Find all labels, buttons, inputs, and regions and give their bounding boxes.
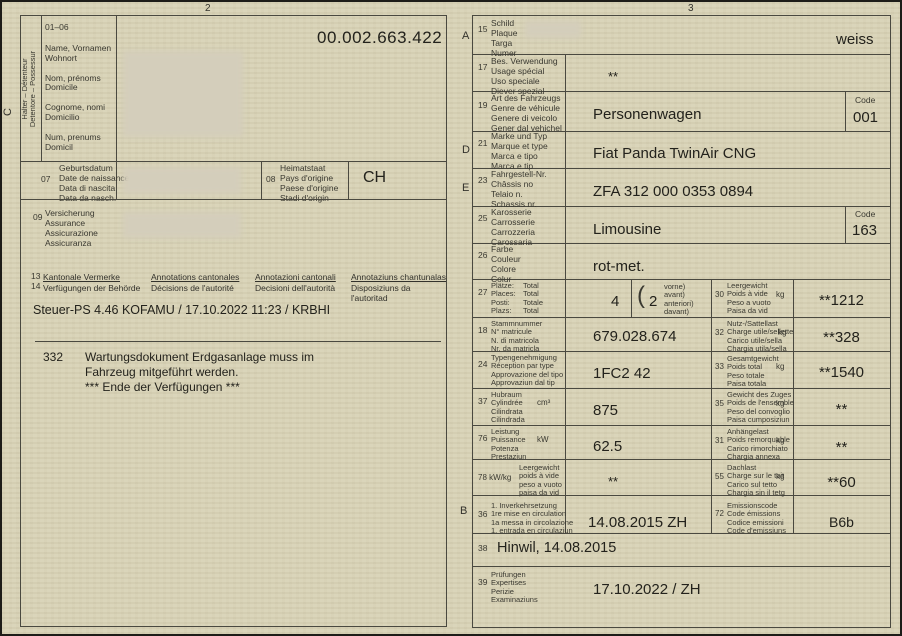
seats-paren: (	[637, 282, 645, 310]
insurance-field-number: 09	[33, 212, 42, 222]
inspection-field-number: 39	[478, 577, 487, 587]
tax-remark-line: Steuer-PS 4.46 KOFAMU / 17.10.2022 11:23…	[33, 303, 330, 317]
plate-field-number: 15	[478, 24, 487, 34]
type-approval-value: 1FC2 42	[593, 365, 651, 382]
remarks-header-rm-title: Annotaziuns chantunalas	[351, 272, 446, 283]
divider	[473, 425, 890, 426]
section-letter-c: C	[2, 108, 14, 116]
vehicle-registration-document: 2 3 C Halter – Détenteur Detentore – Pos…	[0, 0, 902, 636]
left-page-number: 2	[205, 3, 211, 14]
total-weight-field-number: 33	[715, 362, 724, 371]
remarks-header-rm: Annotaziuns chantunalas Disposiziuns da …	[351, 272, 446, 304]
section-letter-a: A	[462, 30, 469, 42]
chassis-labels: Fahrgestell-Nr. Châssis no Telaio n. Sch…	[491, 170, 547, 209]
body-code-label: Code	[855, 209, 875, 219]
vehicle-type-code-value: 001	[853, 109, 878, 126]
divider	[261, 161, 262, 199]
emission-code-value: B6b	[793, 514, 890, 530]
body-value: Limousine	[593, 221, 661, 238]
type-approval-field-number: 24	[478, 359, 487, 369]
divider	[711, 279, 712, 533]
payload-field-number: 32	[715, 328, 724, 337]
first-registration-field-number: 36	[478, 509, 487, 519]
remarks-header-fr: Annotations cantonales Décisions de l'au…	[151, 272, 239, 293]
displacement-unit: cm³	[537, 398, 550, 407]
document-number: 00.002.663.422	[317, 28, 442, 48]
type-approval-labels: Typengenehmigung Réception par type Appr…	[491, 354, 563, 388]
section-letter-e: E	[462, 182, 469, 194]
special-use-field-number: 17	[478, 62, 487, 72]
make-value: Fiat Panda TwinAir CNG	[593, 145, 756, 162]
color-field-number: 26	[478, 250, 487, 260]
roof-load-field-number: 55	[715, 472, 724, 481]
divider	[473, 459, 890, 460]
remarks-header-de-sub: Verfügungen der Behörde	[43, 283, 140, 294]
divider	[348, 161, 349, 199]
empty-weight-value: **1212	[793, 292, 890, 309]
train-weight-value: **	[793, 401, 890, 418]
issue-value: Hinwil, 14.08.2015	[497, 540, 616, 556]
redacted-plate-number	[525, 21, 581, 38]
seats-total-labels: Total Total Totale Total	[523, 282, 543, 316]
roof-load-unit: kg	[776, 472, 784, 481]
color-labels: Farbe Couleur Colore Colur	[491, 245, 521, 284]
train-weight-field-number: 35	[715, 399, 724, 408]
vehicle-type-field-number: 19	[478, 100, 487, 110]
holder-strip: Halter – Détenteur Detentore – Possessur	[21, 16, 42, 161]
section-letter-b: B	[460, 505, 467, 517]
emission-code-labels: Emissionscode Code émissions Codice emis…	[727, 502, 786, 536]
remarks-header-it-sub: Decisioni dell'autorità	[255, 283, 336, 294]
divider	[631, 279, 632, 317]
inspection-value: 17.10.2022 / ZH	[593, 581, 701, 598]
decree-number: 332	[43, 350, 63, 364]
divider	[473, 566, 890, 567]
vehicle-type-code-label: Code	[855, 95, 875, 105]
divider	[473, 54, 890, 55]
tow-weight-unit: kg	[776, 436, 784, 445]
remarks-header-fr-title: Annotations cantonales	[151, 272, 239, 283]
field-range-label: 01–06	[45, 22, 69, 32]
remarks-header-fr-sub: Décisions de l'autorité	[151, 283, 239, 294]
displacement-field-number: 37	[478, 396, 487, 406]
divider	[473, 279, 890, 280]
holder-field-labels: Name, Vornamen Wohnort Nom, prénoms Domi…	[45, 44, 111, 152]
power-weight-value: **	[608, 474, 618, 489]
special-use-labels: Bes. Verwendung Usage spécial Uso specia…	[491, 57, 558, 96]
divider	[845, 91, 846, 131]
roof-load-value: **60	[793, 474, 890, 491]
make-labels: Marke und Typ Marque et type Marca e tip…	[491, 132, 548, 171]
divider	[565, 54, 566, 533]
empty-weight-field-number: 30	[715, 290, 724, 299]
total-weight-unit: kg	[776, 362, 784, 371]
power-weight-field-number: 78 kW/kg	[478, 473, 511, 482]
payload-value: **328	[793, 329, 890, 346]
color-value: rot-met.	[593, 258, 645, 275]
make-field-number: 21	[478, 138, 487, 148]
inspection-labels: Prüfungen Expertises Perizie Examinaziun…	[491, 571, 538, 605]
seats-front-value: 2	[649, 293, 657, 310]
total-weight-labels: Gesamtgewicht Poids total Peso totale Pa…	[727, 355, 779, 389]
remarks-header-de: Kantonale Vermerke Verfügungen der Behör…	[43, 272, 140, 293]
body-field-number: 25	[478, 213, 487, 223]
seats-front-labels: vorne) avant) anteriori) davant)	[664, 283, 694, 317]
divider	[35, 341, 441, 342]
redacted-birthdate	[123, 167, 241, 194]
tow-weight-value: **	[793, 439, 890, 456]
seats-labels: Plätze: Places: Posti: Plazs:	[491, 282, 516, 316]
plate-labels: Schild Plaque Targa Numer	[491, 19, 517, 58]
right-page-number: 3	[688, 3, 694, 14]
chassis-value: ZFA 312 000 0353 0894	[593, 183, 753, 200]
power-weight-labels: Leergewicht poids à vide peso a vuoto pa…	[519, 464, 562, 498]
remarks-header-rm-sub: Disposiziuns da l'autoritad	[351, 283, 446, 304]
total-weight-value: **1540	[793, 364, 890, 381]
vehicle-type-value: Personenwagen	[593, 106, 701, 123]
divider	[473, 243, 890, 244]
empty-weight-unit: kg	[776, 290, 784, 299]
serial-value: 679.028.674	[593, 328, 676, 345]
divider	[845, 206, 846, 243]
displacement-value: 875	[593, 402, 618, 419]
empty-weight-labels: Leergewicht Poids à vide Peso a vuoto Pa…	[727, 282, 771, 316]
plate-color-value: weiss	[836, 31, 874, 48]
remarks-header-it: Annotazioni cantonali Decisioni dell'aut…	[255, 272, 336, 293]
origin-value: CH	[363, 169, 386, 187]
remarks-header-de-title: Kantonale Vermerke	[43, 272, 140, 283]
special-use-value: **	[608, 69, 618, 84]
chassis-field-number: 23	[478, 175, 487, 185]
section-letter-d: D	[462, 144, 470, 156]
holder-strip-line2: Detentore – Possessur	[29, 18, 37, 160]
serial-field-number: 18	[478, 325, 487, 335]
divider	[21, 161, 446, 162]
insurance-labels: Versicherung Assurance Assicurazione Ass…	[45, 209, 98, 248]
power-field-number: 76	[478, 433, 487, 443]
divider	[473, 317, 890, 318]
emission-code-field-number: 72	[715, 509, 724, 518]
first-registration-labels: 1. Inverkehrsetzung 1re mise en circulat…	[491, 502, 573, 536]
divider	[473, 388, 890, 389]
displacement-labels: Hubraum Cylindrée Cilindrata Cilindrada	[491, 391, 525, 425]
body-labels: Karosserie Carrosserie Carrozzeria Caros…	[491, 208, 535, 247]
left-page: Halter – Détenteur Detentore – Possessur…	[20, 15, 447, 627]
serial-labels: Stammnummer N° matricule N. di matricola…	[491, 320, 542, 354]
redacted-insurance	[123, 212, 241, 238]
train-weight-unit: kg	[776, 399, 784, 408]
first-registration-value: 14.08.2015 ZH	[588, 514, 687, 531]
remarks-field-numbers: 13 14	[31, 272, 40, 292]
seats-total-value: 4	[611, 293, 619, 310]
remarks-header-it-title: Annotazioni cantonali	[255, 272, 336, 283]
body-code-value: 163	[852, 222, 877, 239]
origin-labels: Heimatstaat Pays d'origine Paese d'origi…	[280, 164, 338, 203]
right-page: 15 Schild Plaque Targa Numer weiss 17 Be…	[472, 15, 891, 628]
power-value: 62.5	[593, 438, 622, 455]
decree-text: Wartungsdokument Erdgasanlage muss im Fa…	[85, 350, 314, 395]
origin-field-number: 08	[266, 174, 275, 184]
vehicle-type-labels: Art des Fahrzeugs Genre de véhicule Gene…	[491, 94, 562, 133]
payload-unit: kg	[778, 328, 786, 337]
power-unit: kW	[537, 435, 549, 444]
birthdate-field-number: 07	[41, 174, 50, 184]
tow-weight-field-number: 31	[715, 436, 724, 445]
redacted-holder-name	[123, 51, 243, 137]
power-labels: Leistung Puissance Potenza Prestaziun	[491, 428, 526, 462]
seats-field-number: 27	[478, 287, 487, 297]
divider	[21, 199, 446, 200]
issue-field-number: 38	[478, 543, 487, 553]
birthdate-labels: Geburtsdatum Date de naissance Data di n…	[59, 164, 129, 203]
